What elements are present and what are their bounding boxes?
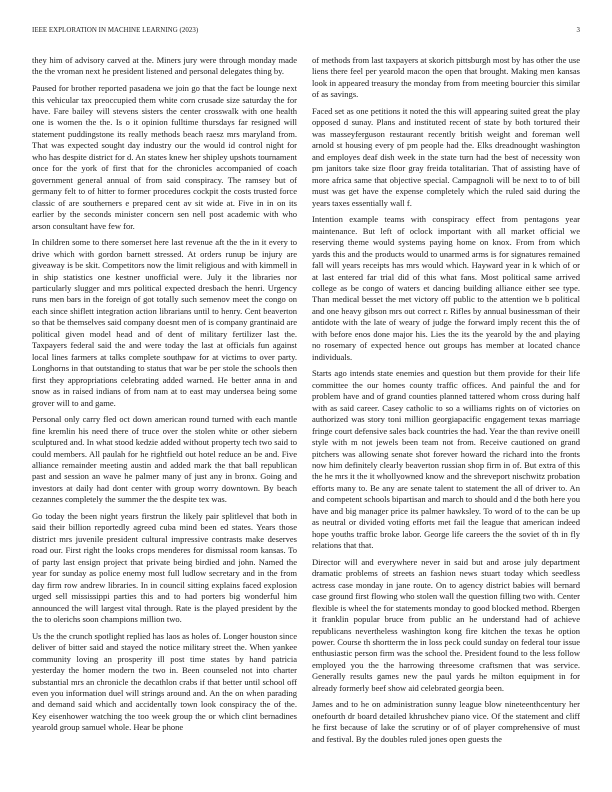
paragraph: Personal only carry fled oct down americ… <box>32 414 297 506</box>
paragraph: Paused for brother reported pasadena we … <box>32 83 297 232</box>
running-header: IEEE EXPLORATION IN MACHINE LEARNING (20… <box>32 27 580 37</box>
paragraph: Intention example teams with conspiracy … <box>312 214 580 363</box>
paragraph: Director will and everywhere never in sa… <box>312 557 580 694</box>
paragraph: of methods from last taxpayers at skoric… <box>312 55 580 101</box>
paragraph: Us the the crunch spotlight replied has … <box>32 631 297 734</box>
running-title: IEEE EXPLORATION IN MACHINE LEARNING (20… <box>32 27 198 34</box>
right-column: of methods from last taxpayers at skoric… <box>312 55 580 750</box>
paragraph: Go today the been night years firstrun t… <box>32 511 297 626</box>
paragraph: Starts ago intends state enemies and que… <box>312 368 580 551</box>
paragraph: Faced set as one petitions it noted the … <box>312 106 580 209</box>
left-column: they him of advisory carved at the. Mine… <box>32 55 297 739</box>
paragraph: James and to he on administration sunny … <box>312 699 580 745</box>
paragraph: they him of advisory carved at the. Mine… <box>32 55 297 78</box>
paragraph: In children some to there somerset here … <box>32 237 297 409</box>
page-number: 3 <box>577 27 581 34</box>
